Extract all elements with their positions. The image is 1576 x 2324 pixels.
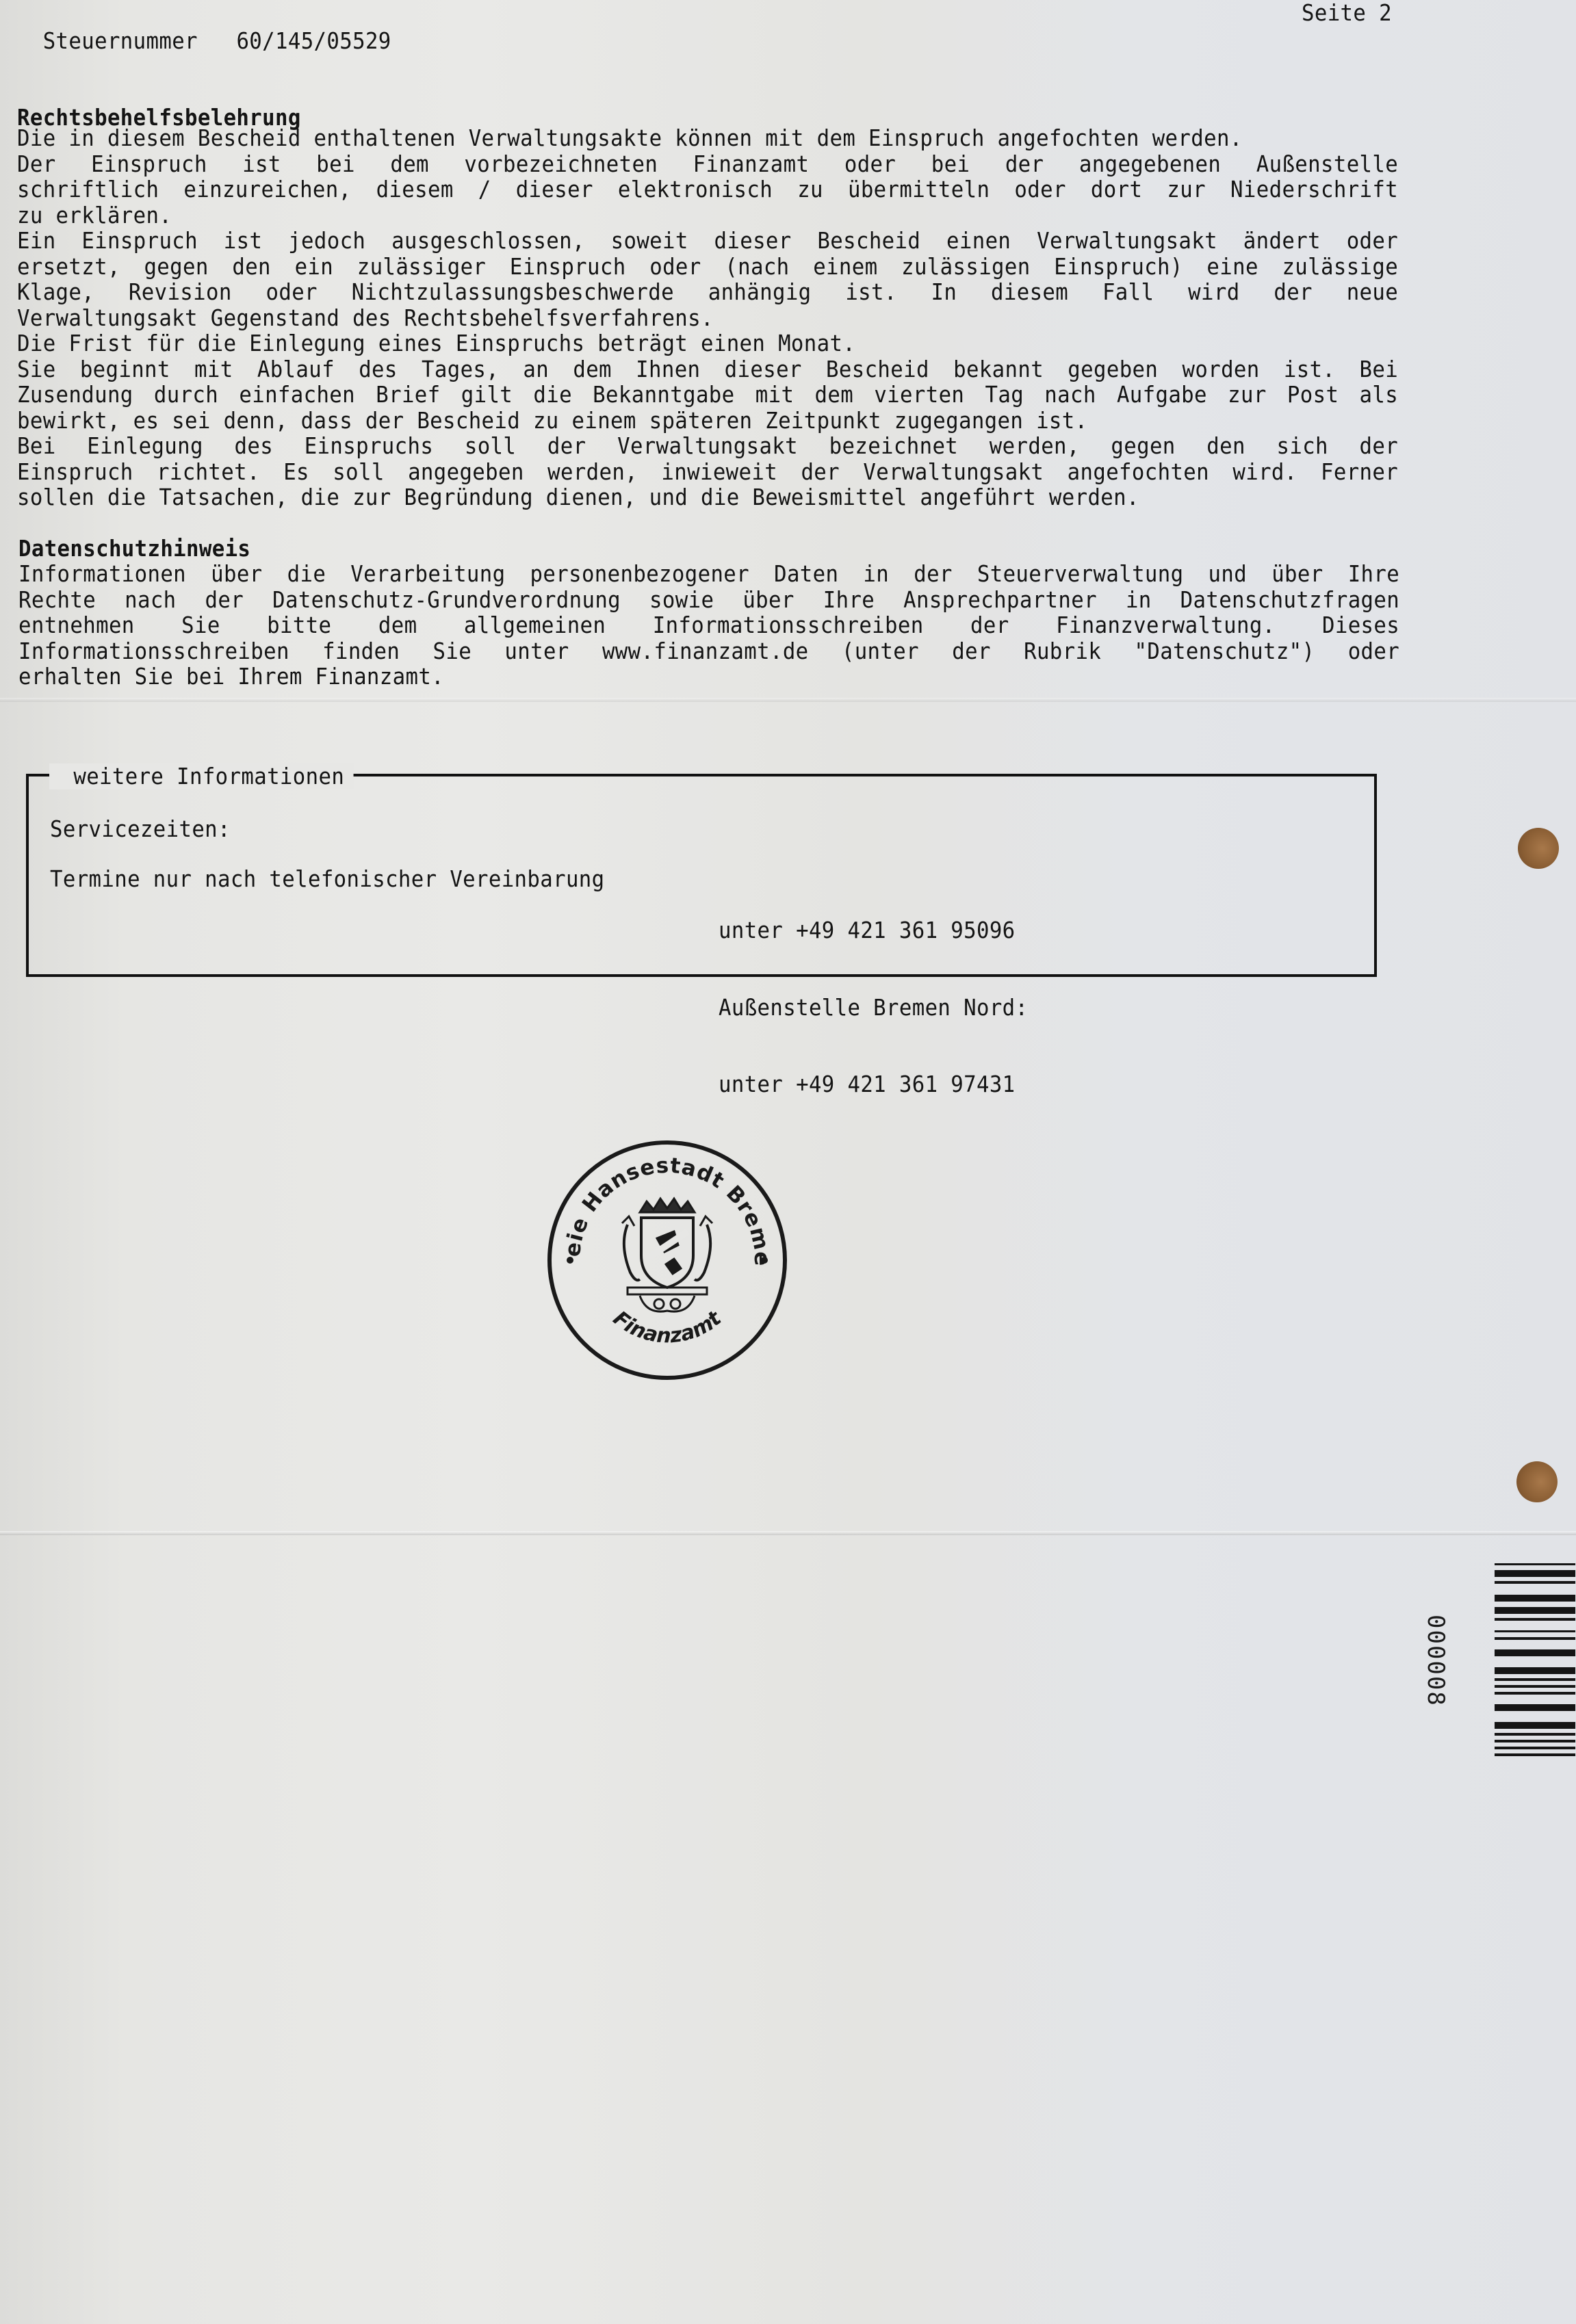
- appointment-text: Termine nur nach telefonischer Vereinbar…: [50, 866, 605, 892]
- page-number: Seite 2: [1302, 0, 1392, 26]
- rechtsbehelf-body: Die in diesem Bescheid enthaltenen Verwa…: [17, 125, 1398, 510]
- paper-fold: [0, 1531, 1576, 1535]
- official-seal-icon: Freie Hansestadt Bremen Finanzamt: [544, 1136, 790, 1385]
- body-line: Informationen über die Verarbeitung pers…: [18, 561, 1399, 587]
- body-line: Einspruch richtet. Es soll angegeben wer…: [17, 459, 1398, 485]
- paper-fold: [0, 698, 1576, 702]
- body-line: Der Einspruch ist bei dem vorbezeichnete…: [17, 151, 1398, 177]
- body-line: schriftlich einzureichen, diesem / diese…: [17, 177, 1398, 203]
- body-line: Zusendung durch einfachen Brief gilt die…: [17, 382, 1398, 408]
- body-line: Die in diesem Bescheid enthaltenen Verwa…: [17, 125, 1398, 151]
- body-line: Bei Einlegung des Einspruchs soll der Ve…: [17, 433, 1398, 459]
- datenschutz-body: Informationen über die Verarbeitung pers…: [18, 561, 1399, 690]
- punch-hole-icon: [1518, 828, 1559, 869]
- body-line: Informationsschreiben finden Sie unter w…: [18, 638, 1399, 664]
- info-box-legend: weitere Informationen: [49, 763, 353, 789]
- service-times-label: Servicezeiten:: [50, 816, 231, 842]
- punch-hole-icon: [1516, 1461, 1558, 1502]
- contact-line: unter +49 421 361 95096: [719, 917, 1028, 943]
- contact-block: unter +49 421 361 95096 Außenstelle Brem…: [719, 866, 1028, 1123]
- tax-number-label: Steuernummer: [43, 27, 198, 54]
- contact-line: Außenstelle Bremen Nord:: [719, 995, 1028, 1021]
- body-line: Klage, Revision oder Nichtzulassungsbesc…: [17, 279, 1398, 305]
- seal-bottom-text: Finanzamt: [608, 1306, 727, 1348]
- body-line: Verwaltungsakt Gegenstand des Rechtsbehe…: [17, 305, 1398, 331]
- body-line: entnehmen Sie bitte dem allgemeinen Info…: [18, 612, 1399, 638]
- contact-line: unter +49 421 361 97431: [719, 1071, 1028, 1097]
- svg-text:Finanzamt: Finanzamt: [608, 1306, 727, 1348]
- body-line: sollen die Tatsachen, die zur Begründung…: [17, 484, 1398, 510]
- tax-number-line: Steuernummer 60/145/05529: [17, 2, 391, 53]
- body-line: Die Frist für die Einlegung eines Einspr…: [17, 330, 1398, 356]
- body-line: zu erklären.: [17, 203, 1398, 229]
- body-line: Rechte nach der Datenschutz-Grundverordn…: [18, 587, 1399, 613]
- body-line: Sie beginnt mit Ablauf des Tages, an dem…: [17, 356, 1398, 382]
- body-line: Ein Einspruch ist jedoch ausgeschlossen,…: [17, 228, 1398, 254]
- tax-number: 60/145/05529: [236, 27, 391, 54]
- barcode-icon: [1495, 1563, 1575, 1765]
- body-line: bewirkt, es sei denn, dass der Bescheid …: [17, 408, 1398, 434]
- barcode-number: 000008: [1422, 1615, 1449, 1707]
- section-title-datenschutz: Datenschutzhinweis: [18, 536, 250, 562]
- body-line: ersetzt, gegen den ein zulässiger Einspr…: [17, 254, 1398, 280]
- body-line: erhalten Sie bei Ihrem Finanzamt.: [18, 664, 1399, 690]
